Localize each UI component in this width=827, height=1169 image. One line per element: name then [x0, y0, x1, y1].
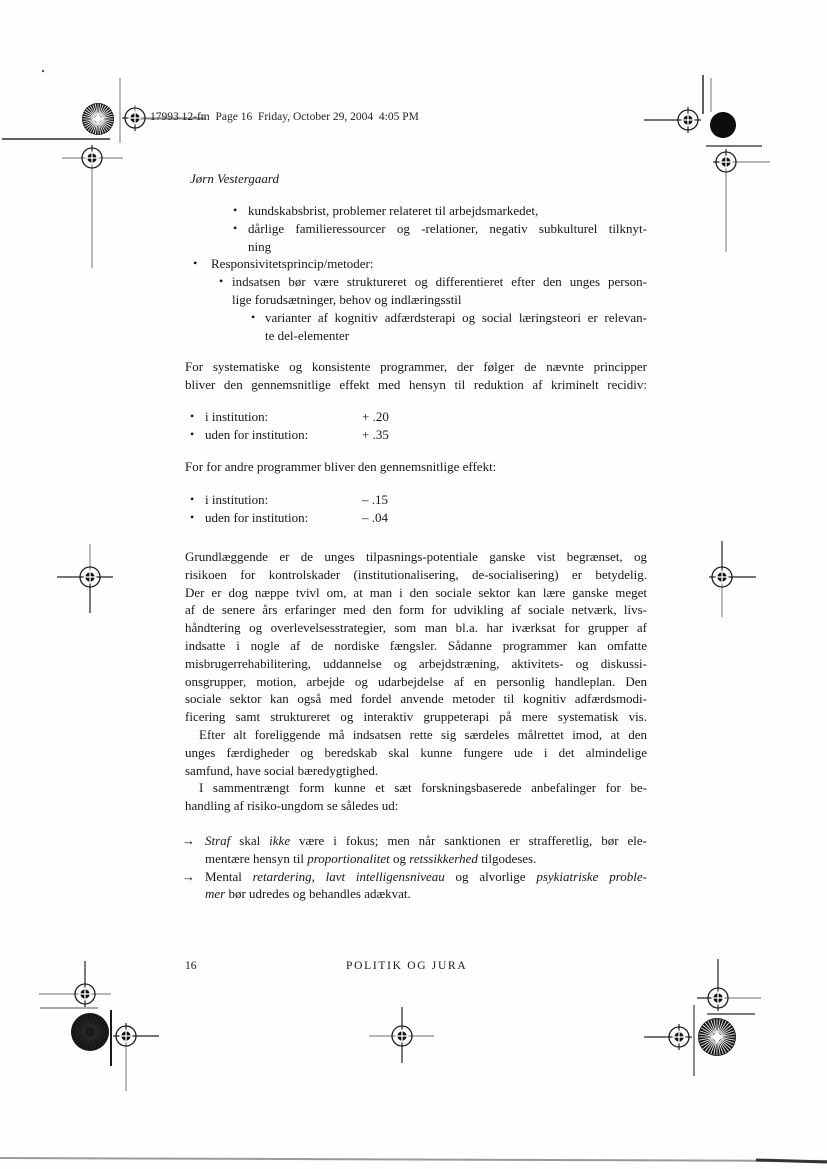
wheel-spoke [99, 123, 103, 134]
wheel-spoke [85, 121, 95, 127]
wheel-spoke [701, 1039, 713, 1046]
wheel-spoke [94, 1026, 107, 1031]
wheel-spoke [87, 1036, 89, 1049]
text-line: sociale sektor kan også med fordel anven… [185, 690, 647, 708]
wheel-spoke [705, 1023, 714, 1033]
wheel-spoke [99, 123, 101, 134]
wheel-spoke [93, 1035, 102, 1045]
wheel-spoke [703, 1040, 713, 1049]
text-line: ficering samt struktureret og interaktiv… [185, 708, 647, 726]
wheel-spoke [700, 1031, 713, 1036]
effect-row: •uden for institution:– .04 [185, 509, 647, 527]
wheel-spoke [99, 104, 101, 115]
text-line: håndtering og overlevelsesstrategier, so… [185, 619, 647, 637]
crop-line [0, 1158, 827, 1161]
wheel-spoke [93, 105, 97, 116]
plain-text: skal [230, 833, 269, 848]
wheel-spoke [93, 1035, 103, 1044]
registration-target-icon [716, 152, 736, 172]
speck [42, 70, 44, 72]
document-page: 17993 12-fm Page 16 Friday, October 29, … [0, 0, 827, 1169]
bullet-item: •Responsivitetsprincip/metoder: [185, 255, 647, 273]
effect-label: i institution: [205, 408, 362, 426]
wheel-spoke [718, 1019, 720, 1032]
block-para: For for andre programmer bliver den genn… [185, 458, 647, 476]
wheel-spoke [88, 122, 95, 131]
block-para: Efter alt foreliggende må indsatsen rett… [185, 726, 647, 779]
wheel-spoke [76, 1035, 86, 1044]
plain-text: være i fokus; men når sanktionen er stra… [290, 833, 647, 848]
effect-label: uden for institution: [205, 426, 362, 444]
text-line: bliver den gennemsnitlige effekt med hen… [185, 376, 647, 394]
bullet-icon: • [233, 220, 237, 238]
text-line: kundskabsbrist, problemer relateret til … [248, 202, 647, 220]
wheel-spoke [86, 121, 95, 128]
wheel-spoke [78, 1035, 87, 1045]
wheel-spoke [74, 1023, 86, 1030]
wheel-center [84, 1026, 95, 1037]
bullet-icon: • [219, 273, 223, 291]
wheel-spoke [101, 121, 111, 127]
wheel-spoke [95, 123, 97, 134]
effect-row: •i institution:+ .20 [185, 408, 647, 426]
text-line: For for andre programmer bliver den genn… [185, 458, 647, 476]
italic-text: mer [205, 886, 225, 901]
wheel-spoke [88, 107, 95, 116]
wheel-spoke [81, 1016, 88, 1028]
effect-value: + .35 [362, 427, 389, 442]
bullet-icon: • [190, 509, 194, 527]
bullet-item: •varianter af kognitiv adfærdsterapi og … [185, 309, 647, 345]
wheel-center [711, 1031, 722, 1042]
wheel-spoke [714, 1041, 716, 1054]
registration-target-icon [669, 1027, 689, 1047]
registration-target-icon [116, 1026, 136, 1046]
wheel-spoke [102, 120, 113, 124]
registration-target-icon [80, 567, 100, 587]
wheel-spoke [84, 120, 95, 124]
wheel-spoke [719, 1020, 724, 1033]
wheel-spoke [101, 121, 110, 128]
wheel-spoke [94, 1033, 107, 1035]
text-column: •kundskabsbrist, problemer relateret til… [185, 202, 647, 903]
wheel-spoke [92, 1036, 99, 1048]
text-line: mentære hensyn til proportionalitet og r… [205, 850, 647, 868]
wheel-spoke [705, 1040, 714, 1050]
text-line: Straf skal ikke være i fokus; men når sa… [205, 832, 647, 850]
text-line: Grundlæggende er de unges tilpasnings-po… [185, 548, 647, 566]
wheel-spoke [101, 109, 110, 116]
bullet-icon: • [190, 426, 194, 444]
wheel-spoke [102, 114, 113, 118]
plain-text: bør udredes og behandles adækvat. [225, 886, 411, 901]
text-line: Efter alt foreliggende må indsatsen rett… [185, 726, 647, 744]
registration-dot [683, 115, 692, 124]
wheel-spoke [86, 109, 95, 116]
text-line: indsatsen bør være struktureret og diffe… [232, 273, 647, 291]
wheel-spoke [94, 1034, 107, 1039]
wheel-spoke [93, 123, 97, 134]
wheel-spoke [72, 1033, 85, 1035]
registration-target-icon [392, 1026, 412, 1046]
wheel-spoke [100, 107, 107, 116]
recommendation-item: →Mental retardering, lavt intelligensniv… [185, 868, 647, 904]
wheel-spoke [93, 1020, 103, 1029]
wheel-spoke [101, 111, 111, 117]
wheel-spoke [83, 120, 94, 122]
crop-line [756, 1160, 827, 1162]
wheel-spoke [94, 1029, 107, 1031]
wheel-spoke [94, 1023, 106, 1030]
text-line: unges færdigheder og beredskab skal kunn… [185, 744, 647, 762]
wheel-spoke [83, 116, 94, 118]
wheel-spoke [720, 1025, 730, 1034]
text-line: Responsivitetsprincip/metoder: [211, 255, 647, 273]
italic-text: Straf [205, 833, 230, 848]
text-line: mer bør udredes og behandles adækvat. [205, 885, 647, 903]
wheel-spoke [92, 1016, 99, 1028]
bullet-icon: • [193, 255, 197, 273]
print-stamp: 17993 12-fm Page 16 Friday, October 29, … [150, 111, 419, 123]
wheel-spoke [721, 1039, 733, 1046]
color-wheel-icon [71, 1013, 109, 1051]
wheel-spoke [721, 1034, 734, 1036]
wheel-spoke [90, 106, 96, 116]
bullet-item: •kundskabsbrist, problemer relateret til… [185, 202, 647, 220]
wheel-spoke [84, 1036, 89, 1049]
registration-dot [80, 989, 89, 998]
effect-value: + .20 [362, 409, 389, 424]
wheel-spoke [74, 1034, 86, 1041]
text-line: varianter af kognitiv adfærdsterapi og s… [265, 309, 647, 327]
wheel-spoke [721, 1039, 734, 1044]
page-number: 16 [185, 960, 197, 972]
wheel-spoke [95, 104, 97, 115]
arrow-icon: → [182, 868, 195, 886]
wheel-spoke [699, 1034, 712, 1036]
effect-value: – .04 [362, 510, 388, 525]
journal-title: POLITIK OG JURA [346, 960, 467, 972]
effect-value: – .15 [362, 492, 388, 507]
wheel-spoke [84, 1015, 89, 1028]
text-line: Mental retardering, lavt intelligensnive… [205, 868, 647, 886]
wheel-spoke [721, 1038, 734, 1040]
effect-label: i institution: [205, 491, 362, 509]
registration-target-icon [125, 108, 145, 128]
recommendation-item: →Straf skal ikke være i fokus; men når s… [185, 832, 647, 868]
wheel-spoke [84, 114, 95, 118]
running-head: Jørn Vestergaard [190, 171, 279, 187]
bullet-icon: • [190, 408, 194, 426]
wheel-spoke [87, 1014, 89, 1027]
plain-text: og [390, 851, 410, 866]
block-kv: •i institution:+ .20•uden for institutio… [185, 408, 647, 444]
wheel-spoke [721, 1031, 734, 1036]
italic-text: retssikkerhed [409, 851, 478, 866]
wheel-spoke [76, 1020, 86, 1029]
wheel-spoke [719, 1021, 726, 1033]
wheel-spoke [90, 122, 96, 132]
plain-text: tilgodeses. [478, 851, 537, 866]
wheel-spoke [719, 1041, 724, 1054]
wheel-spoke [72, 1029, 85, 1031]
bullet-item: •dårlige familieressourcer og -relatione… [185, 220, 647, 256]
wheel-spoke [91, 1036, 93, 1049]
text-line: lige forudsætninger, behov og indlærings… [232, 291, 647, 309]
registration-target-icon [82, 148, 102, 168]
italic-text: ikke [269, 833, 290, 848]
wheel-spoke [708, 1021, 715, 1033]
effect-row: •i institution:– .15 [185, 491, 647, 509]
text-line: indsatte i nogle af de nordiske fængsler… [185, 637, 647, 655]
wheel-spoke [699, 1038, 712, 1040]
color-wheel-icon [82, 103, 114, 135]
bullet-item: •indsatsen bør være struktureret og diff… [185, 273, 647, 309]
wheel-center [93, 114, 103, 124]
wheel-spoke [701, 1028, 713, 1035]
registration-dot [713, 993, 722, 1002]
block-para: I sammentrængt form kunne et sæt forskni… [185, 779, 647, 815]
text-line: Der er dog næppe tvivl om, at man i den … [185, 584, 647, 602]
text-line: dårlige familieressourcer og -relationer… [248, 220, 647, 238]
wheel-spoke [94, 1034, 106, 1041]
registration-dot [121, 1031, 130, 1040]
wheel-spoke [85, 111, 95, 117]
wheel-spoke [720, 1023, 729, 1033]
wheel-spoke [102, 116, 113, 118]
wheel-spoke [711, 1020, 716, 1033]
wheel-spoke [93, 1018, 102, 1028]
effect-row: •uden for institution:+ .35 [185, 426, 647, 444]
wheel-spoke [718, 1041, 720, 1054]
effect-label: uden for institution: [205, 509, 362, 527]
registration-dot [130, 113, 139, 122]
wheel-spoke [720, 1040, 729, 1050]
text-line: I sammentrængt form kunne et sæt forskni… [185, 779, 647, 797]
wheel-spoke [91, 1014, 93, 1027]
italic-text: psykiatriske proble- [536, 869, 647, 884]
plain-text: og alvorlige [445, 869, 537, 884]
wheel-spoke [92, 1015, 97, 1028]
registration-target-icon [708, 988, 728, 1008]
plain-text: Mental [205, 869, 253, 884]
color-wheel-icon [698, 1018, 736, 1056]
plain-text: mentære hensyn til [205, 851, 307, 866]
wheel-spoke [714, 1019, 716, 1032]
wheel-spoke [92, 1036, 97, 1049]
wheel-spoke [719, 1041, 726, 1053]
wheel-spoke [73, 1026, 86, 1031]
block-bullets: •kundskabsbrist, problemer relateret til… [185, 202, 647, 344]
registration-dot [87, 153, 96, 162]
text-line: ning [248, 238, 647, 256]
bullet-icon: • [233, 202, 237, 220]
wheel-spoke [102, 120, 113, 122]
italic-text: proportionalitet [307, 851, 390, 866]
wheel-spoke [78, 1018, 87, 1028]
registration-dot [721, 157, 730, 166]
italic-text: retardering, lavt intelligensniveau [253, 869, 445, 884]
bullet-icon: • [190, 491, 194, 509]
arrow-icon: → [182, 832, 195, 850]
registration-dot [717, 572, 726, 581]
registration-target-icon [75, 984, 95, 1004]
block-para: Grundlæggende er de unges tilpasnings-po… [185, 548, 647, 726]
wheel-spoke [708, 1041, 715, 1053]
registration-dot [674, 1032, 683, 1041]
wheel-spoke [100, 122, 107, 131]
wheel-spoke [700, 1039, 713, 1044]
wheel-spoke [100, 106, 106, 116]
wheel-spoke [81, 1036, 88, 1048]
text-line: For systematiske og konsistente programm… [185, 358, 647, 376]
text-line: misbrugerrehabilitering, uddannelse og a… [185, 655, 647, 673]
wheel-spoke [73, 1034, 86, 1039]
registration-dot [85, 572, 94, 581]
wheel-spoke [703, 1025, 713, 1034]
text-line: te del-elementer [265, 327, 647, 345]
text-line: onsgrupper, motion, arbejde og udarbejde… [185, 673, 647, 691]
text-line: handling af risiko-ungdom se således ud: [185, 797, 647, 815]
text-line: risikoen for kontrolskader (institutiona… [185, 566, 647, 584]
registration-target-icon [678, 110, 698, 130]
block-para: For systematiske og konsistente programm… [185, 358, 647, 394]
wheel-spoke [720, 1040, 730, 1049]
text-line: af de senere års erfaringer med den form… [185, 601, 647, 619]
text-line: samfund, have social bæredygtighed. [185, 762, 647, 780]
wheel-spoke [99, 105, 103, 116]
block-arrows: →Straf skal ikke være i fokus; men når s… [185, 832, 647, 903]
registration-dot [397, 1031, 406, 1040]
wheel-spoke [100, 122, 106, 132]
wheel-spoke [721, 1028, 733, 1035]
bullet-icon: • [251, 309, 255, 327]
block-kv: •i institution:– .15•uden for institutio… [185, 491, 647, 527]
registration-target-icon [712, 567, 732, 587]
wheel-spoke [711, 1041, 716, 1054]
solid-dot-icon [710, 112, 736, 138]
